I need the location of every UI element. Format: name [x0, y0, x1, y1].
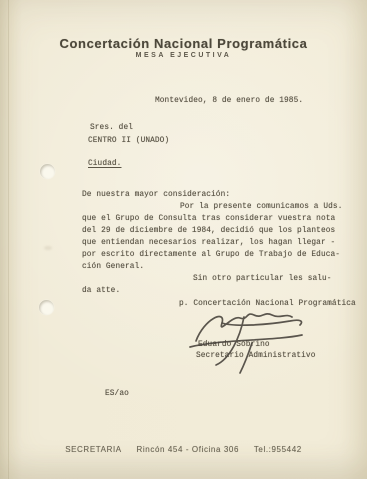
hole-punch-bottom — [39, 300, 54, 315]
body-line: que el Grupo de Consulta tras considerar… — [82, 214, 335, 226]
body-opening: Por la presente comunicamos a Uds. — [180, 202, 342, 214]
footer-address: Rincón 454 - Oficina 306 — [137, 445, 239, 454]
recipient-city: Ciudad. — [88, 159, 121, 171]
body-line: que entiendan necesarios realizar, los h… — [82, 238, 335, 250]
body-line: del 29 de diciembre de 1984, decidió que… — [82, 226, 335, 238]
signature-scrawl — [182, 303, 318, 381]
paper-smudge — [44, 246, 52, 250]
letterhead-organization: Concertación Nacional Programática — [0, 36, 367, 51]
letterhead-subtitle: MESA EJECUTIVA — [0, 52, 367, 59]
scanned-letter-page: Concertación Nacional Programática MESA … — [0, 0, 367, 479]
closing-line2: da atte. — [82, 286, 120, 298]
recipient-line1: Sres. del — [90, 123, 133, 135]
hole-punch-top — [40, 164, 55, 179]
recipient-line2: CENTRO II (UNADO) — [88, 136, 169, 148]
salutation: De nuestra mayor consideración: — [82, 190, 230, 202]
body-line: por escrito directamente al Grupo de Tra… — [82, 250, 340, 262]
body-line: ción General. — [82, 262, 144, 274]
reference-initials: ES/ao — [105, 389, 129, 401]
footer-label: SECRETARIA — [65, 445, 122, 454]
letter-footer: SECRETARIA Rincón 454 - Oficina 306 Tel.… — [0, 445, 367, 454]
dateline: Montevideo, 8 de enero de 1985. — [155, 96, 303, 108]
footer-phone: Tel.:955442 — [254, 445, 302, 454]
closing-line1: Sin otro particular les salu- — [193, 274, 332, 286]
